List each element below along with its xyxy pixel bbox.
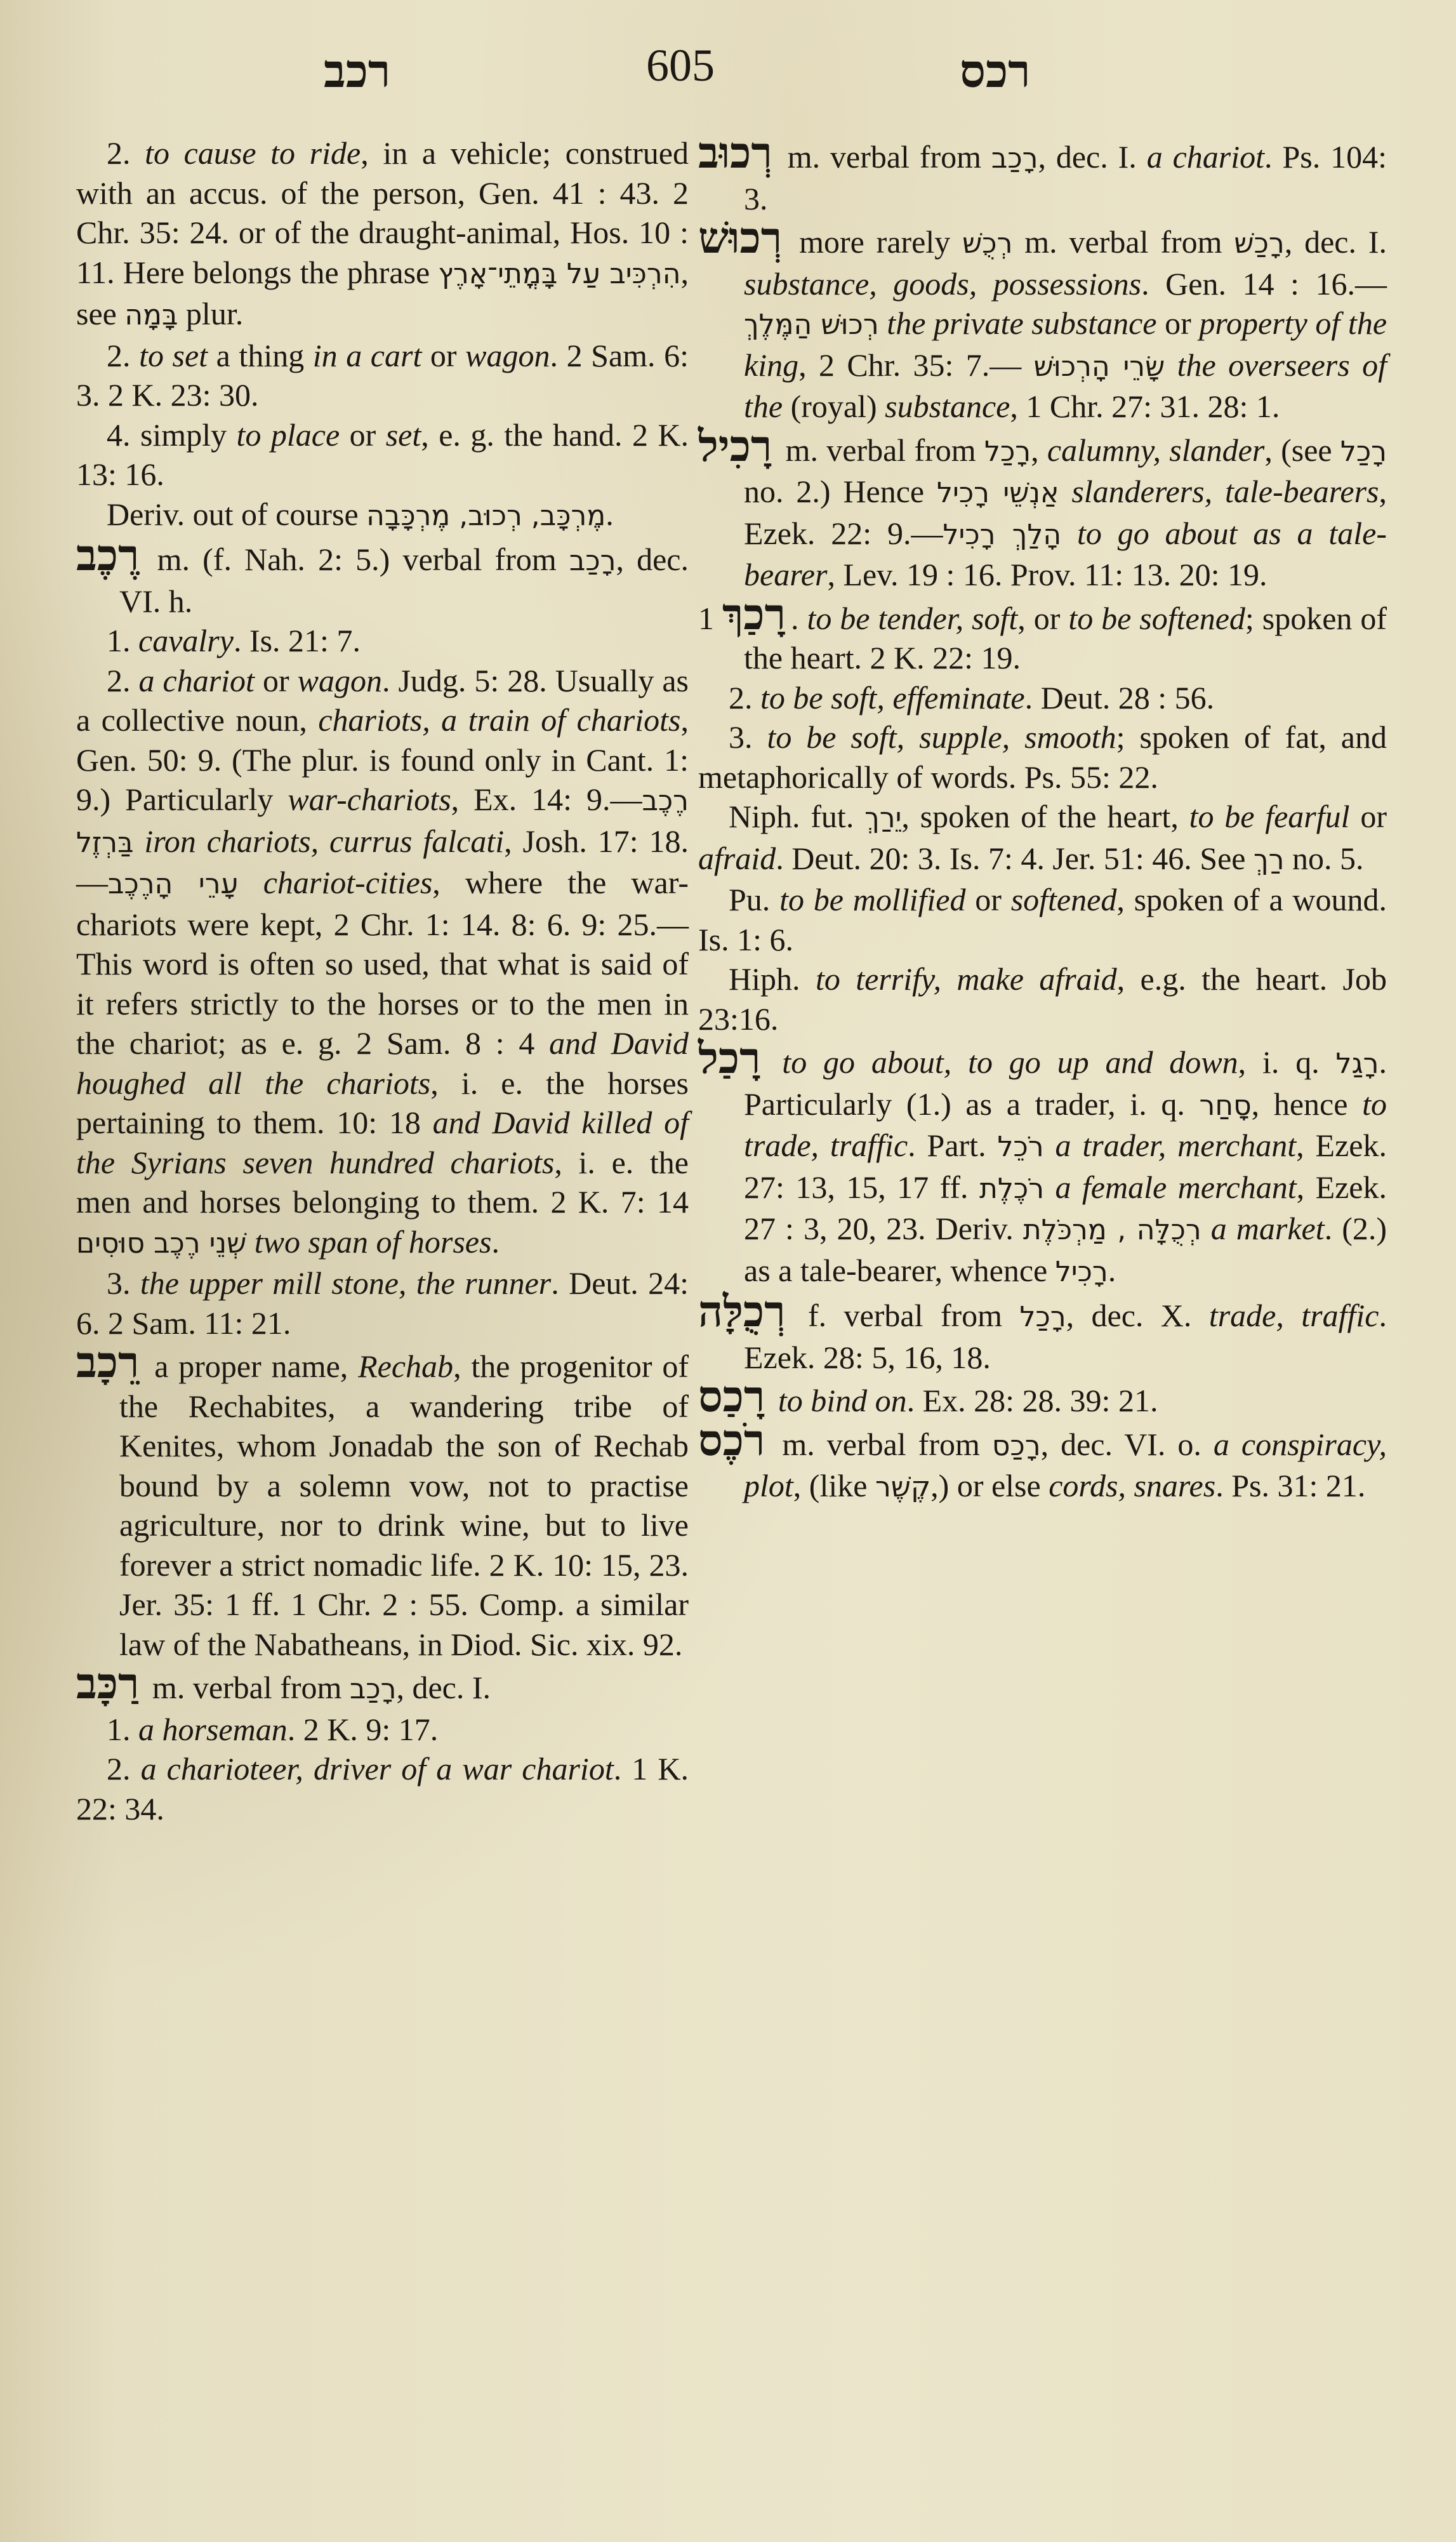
sense-paragraph: 3. the upper mill stone, the runner. Deu… [76, 1263, 689, 1343]
sense-paragraph: 2. to set a thing in a cart or wagon. 2 … [76, 336, 689, 415]
headword: רְכוּב [698, 129, 772, 177]
conjugation-paragraph: Niph. fut. יֵרַךְ, spoken of the heart, … [698, 797, 1387, 880]
sense-paragraph: 1. a horseman. 2 K. 9: 17. [76, 1710, 689, 1750]
running-headword-right: רכס [960, 46, 1031, 98]
headword: רָכִיל [698, 422, 772, 470]
sense-paragraph: 2. to cause to ride, in a vehicle; const… [76, 133, 689, 336]
headword: רַכָּב [76, 1660, 139, 1708]
sense-paragraph: 2. a chariot or wagon. Judg. 5: 28. Usua… [76, 661, 689, 1264]
page-header: רכב 605 רכס [0, 39, 1456, 96]
conjugation-paragraph: Hiph. to terrify, make afraid, e.g. the … [698, 959, 1387, 1039]
dictionary-entry: רָכַךְ 1. to be tender, soft, or to be s… [698, 595, 1387, 678]
dictionary-entry: רָכִיל m. verbal from רָכַל, calumny, sl… [698, 427, 1387, 595]
dictionary-entry: רָכַס to bind on. Ex. 28: 28. 39: 21. [698, 1377, 1387, 1421]
headword: רְכֻלָּה [698, 1288, 786, 1336]
derivation-paragraph: Deriv. out of course מֶרְכָּב, רְכוּב, מ… [76, 495, 689, 536]
dictionary-entry: רַכָּב m. verbal from רָכַב, dec. I. [76, 1664, 689, 1710]
right-column: רְכוּב m. verbal from רָכַב, dec. I. a c… [698, 133, 1387, 1508]
sense-paragraph: 2. to be soft, effeminate. Deut. 28 : 56… [698, 678, 1387, 718]
headword: רֵכָב [76, 1338, 139, 1387]
dictionary-entry: רֹכֶס m. verbal from רָכַס, dec. VI. o. … [698, 1421, 1387, 1508]
sense-paragraph: 1. cavalry. Is. 21: 7. [76, 621, 689, 661]
dictionary-entry: רְכוּשׁ more rarely רְכֻשׁ m. verbal fro… [698, 218, 1387, 427]
headword: רְכוּשׁ [698, 214, 782, 262]
left-column: 2. to cause to ride, in a vehicle; const… [76, 133, 689, 1828]
running-headword-left: רכב [324, 46, 390, 98]
headword: רָכַס [698, 1373, 765, 1421]
dictionary-entry: רְכוּב m. verbal from רָכַב, dec. I. a c… [698, 133, 1387, 218]
headword: רָכַל [698, 1034, 760, 1082]
conjugation-paragraph: Pu. to be mollified or softened, spoken … [698, 880, 1387, 959]
dictionary-entry: רְכֻלָּה f. verbal from רָכַל, dec. X. t… [698, 1292, 1387, 1377]
dictionary-entry: רָכַל to go about, to go up and down, i.… [698, 1039, 1387, 1292]
sense-paragraph: 4. simply to place or set, e. g. the han… [76, 415, 689, 495]
headword: רֹכֶס [698, 1416, 765, 1465]
sense-paragraph: 2. a charioteer, driver of a war chariot… [76, 1749, 689, 1828]
headword: רָכַךְ [722, 590, 786, 639]
sense-paragraph: 3. to be soft, supple, smooth; spoken of… [698, 717, 1387, 797]
dictionary-entry: רֵכָב a proper name, Rechab, the progeni… [76, 1343, 689, 1664]
dictionary-entry: רֶכֶב m. (f. Nah. 2: 5.) verbal from רָכ… [76, 536, 689, 621]
headword: רֶכֶב [76, 531, 139, 580]
page-number: 605 [646, 39, 715, 92]
